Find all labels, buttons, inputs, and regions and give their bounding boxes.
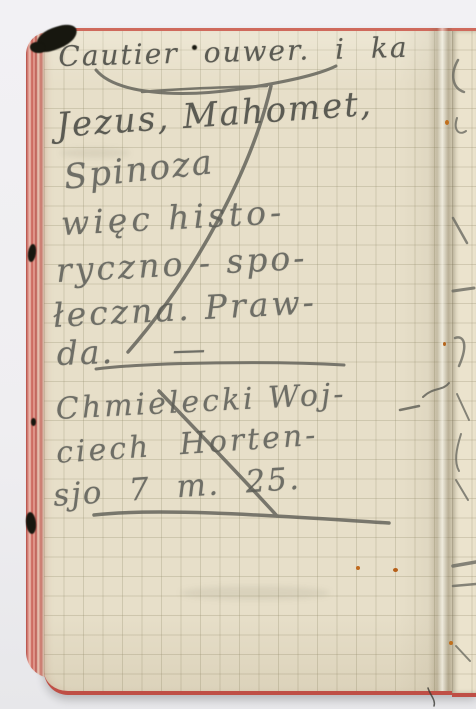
note-line: da. —	[56, 329, 208, 373]
ink-blot	[30, 42, 45, 53]
facing-page-sliver	[452, 28, 476, 697]
rust-speck	[449, 641, 453, 645]
rust-speck	[445, 120, 449, 125]
notebook-scan: Cautier ouwer. i ka Jezus, Mahomet, Spin…	[0, 0, 476, 709]
rust-speck	[356, 566, 360, 570]
rust-speck	[393, 568, 398, 572]
spine-fold	[428, 28, 454, 691]
graphite-smudge	[180, 586, 330, 600]
rust-speck	[443, 342, 446, 346]
edge-ink-mark	[31, 418, 36, 426]
